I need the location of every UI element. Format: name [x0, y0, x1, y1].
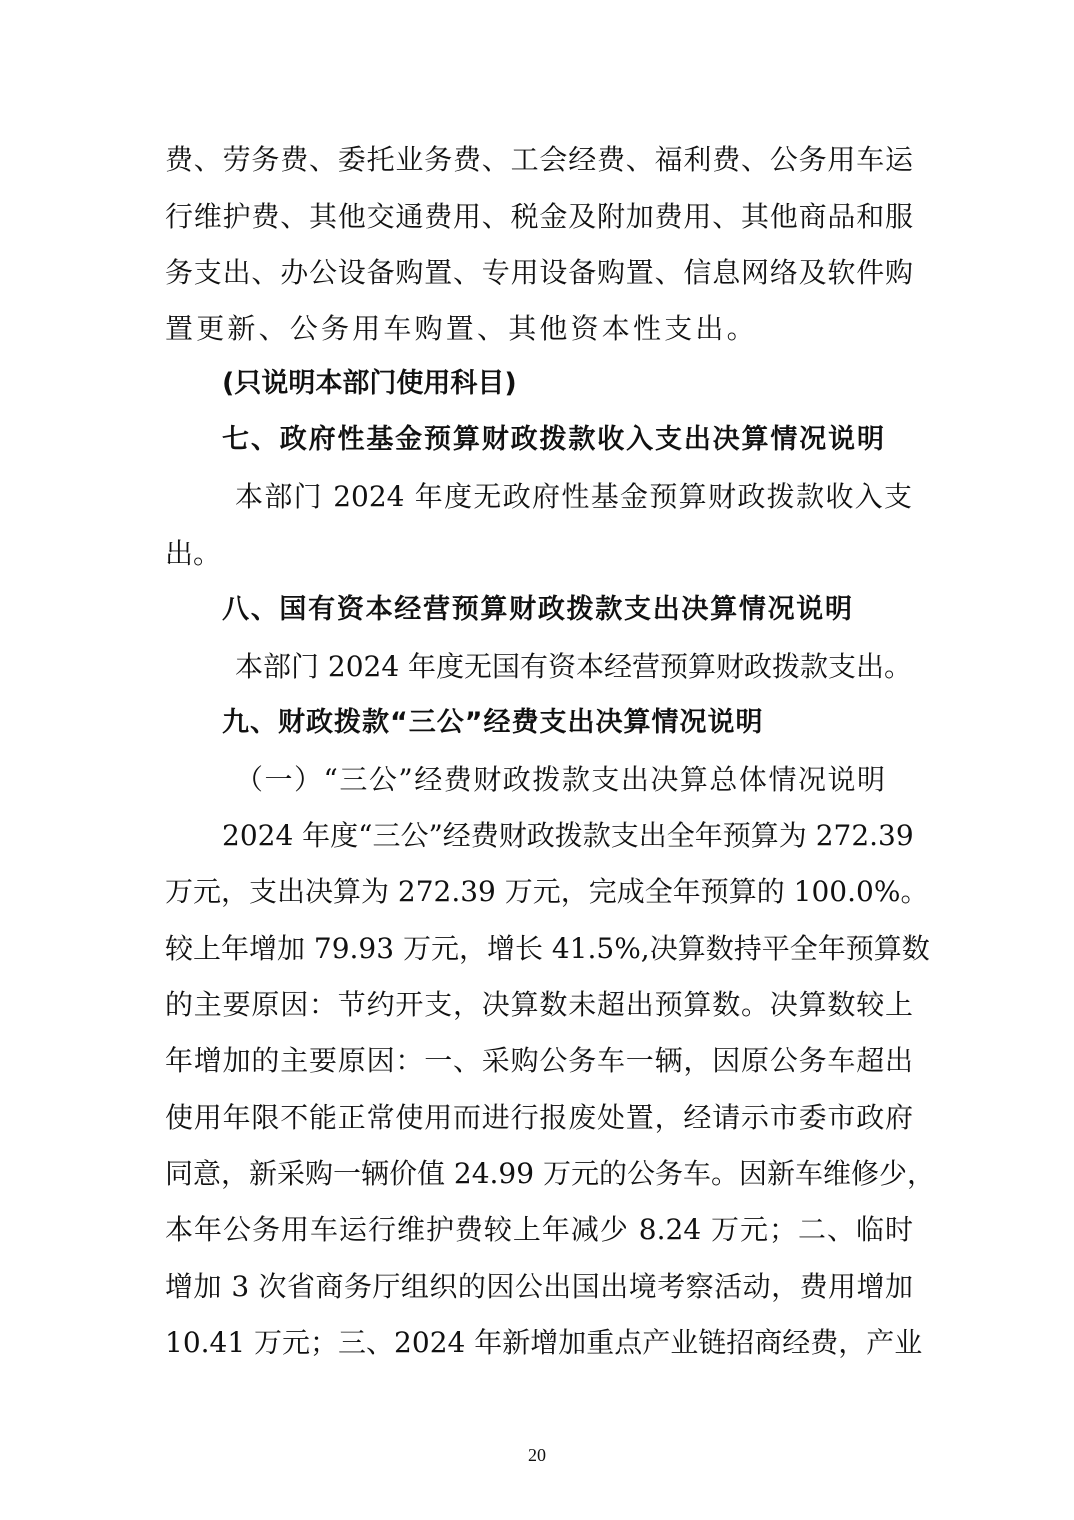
- section-heading-8: 八、国有资本经营预算财政拨款支出决算情况说明: [222, 590, 852, 630]
- body-line: 务支出、办公设备购置、专用设备购置、信息网络及软件购: [165, 253, 913, 293]
- body-line: 置更新、公务用车购置、其他资本性支出。: [165, 309, 913, 349]
- paragraph-line: 使用年限不能正常使用而进行报废处置，经请示市委市政府: [165, 1098, 913, 1138]
- paragraph-line: 本年公务用车运行维护费较上年减少 8.24 万元；二、临时: [165, 1210, 913, 1250]
- note-text: (只说明本部门使用科目): [222, 364, 542, 404]
- section-9-subheading: （一）“三公”经费财政拨款支出决算总体情况说明: [235, 760, 885, 800]
- section-8-body: 本部门 2024 年度无国有资本经营预算财政拨款支出。: [235, 647, 900, 687]
- body-line: 费、劳务费、委托业务费、工会经费、福利费、公务用车运: [165, 140, 913, 180]
- paragraph-line: 同意，新采购一辆价值 24.99 万元的公务车。因新车维修少，: [165, 1154, 913, 1194]
- body-line: 行维护费、其他交通费用、税金及附加费用、其他商品和服: [165, 197, 913, 237]
- section-heading-9: 九、财政拨款“三公”经费支出决算情况说明: [222, 703, 782, 743]
- paragraph-line: 2024 年度“三公”经费财政拨款支出全年预算为 272.39: [222, 816, 912, 856]
- paragraph-line: 10.41 万元；三、2024 年新增加重点产业链招商经费，产业: [165, 1323, 913, 1363]
- paragraph-line: 增加 3 次省商务厅组织的因公出国出境考察活动，费用增加: [165, 1267, 913, 1307]
- paragraph-line: 万元，支出决算为 272.39 万元，完成全年预算的 100.0%。: [165, 872, 913, 912]
- paragraph-line: 的主要原因：节约开支，决算数未超出预算数。决算数较上: [165, 985, 913, 1025]
- paragraph-line: 年增加的主要原因：一、采购公务车一辆，因原公务车超出: [165, 1041, 913, 1081]
- paragraph-line: 较上年增加 79.93 万元，增长 41.5%,决算数持平全年预算数: [165, 929, 913, 969]
- section-heading-7: 七、政府性基金预算财政拨款收入支出决算情况说明: [222, 420, 884, 460]
- section-7-body: 本部门 2024 年度无政府性基金预算财政拨款收入支: [235, 477, 912, 517]
- section-7-body: 出。: [165, 534, 913, 574]
- page-number: 20: [0, 1445, 1074, 1466]
